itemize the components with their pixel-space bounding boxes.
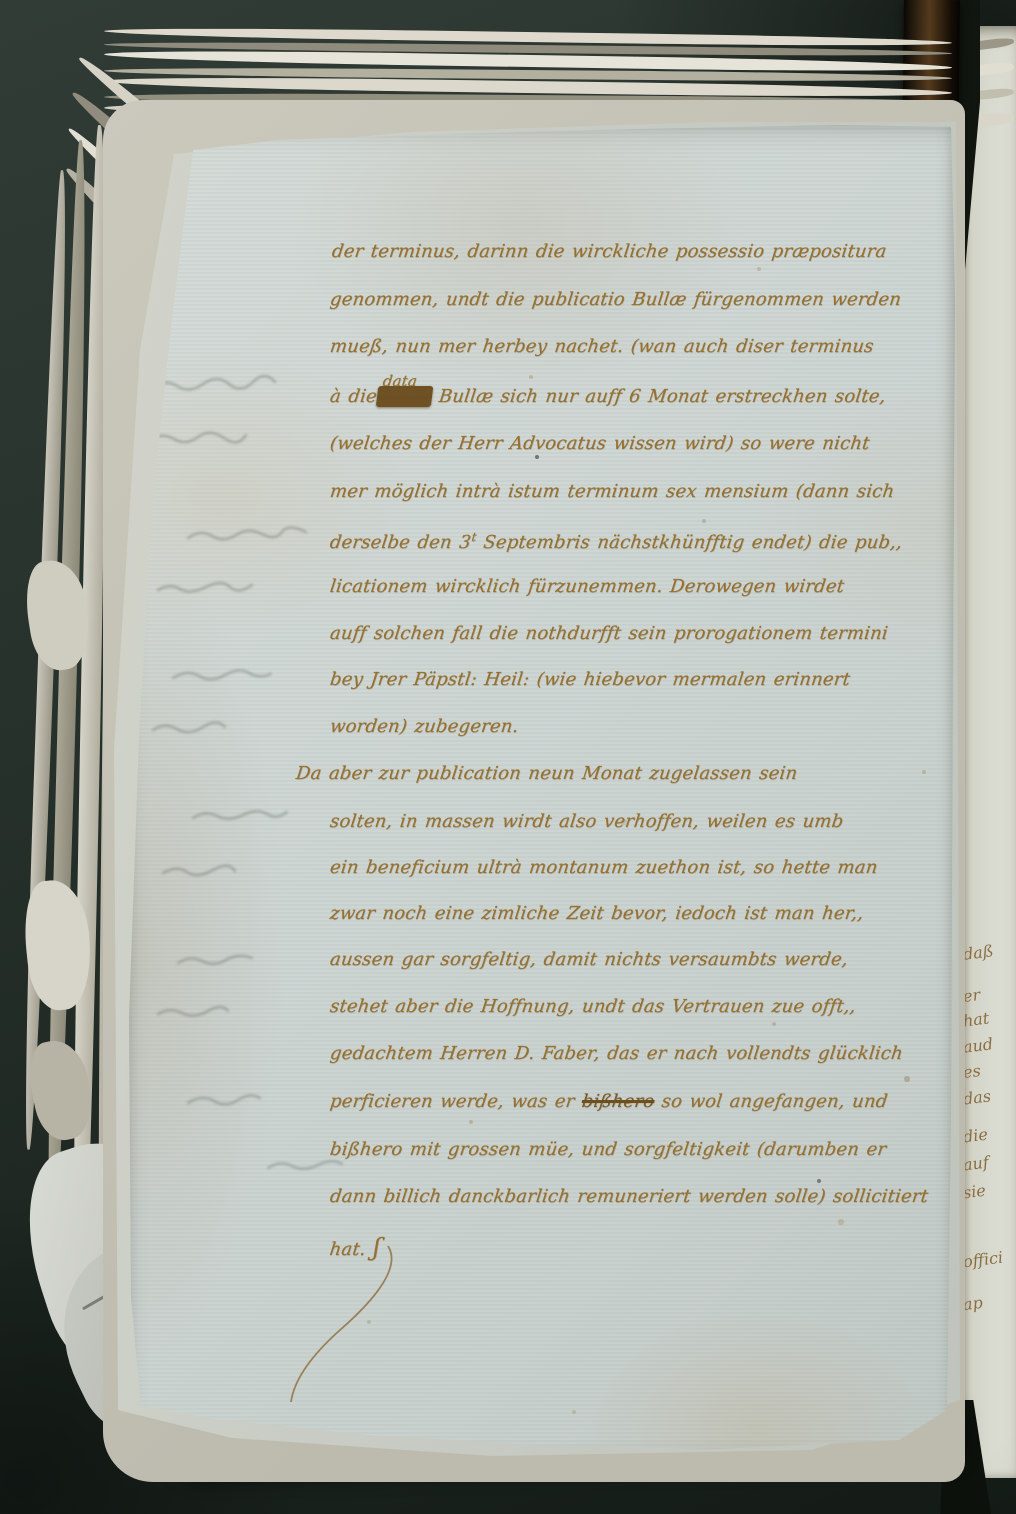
facing-page-text-fragment: auf bbox=[962, 1154, 990, 1173]
facing-page-text-fragment: hat bbox=[962, 1010, 990, 1029]
facing-page-text-fragment: das bbox=[962, 1088, 992, 1107]
manuscript-page bbox=[118, 118, 960, 1470]
facing-page-text-fragment: aud bbox=[962, 1036, 994, 1056]
facing-page-text-fragment: es bbox=[962, 1063, 982, 1081]
facing-page-text-fragment: offici bbox=[962, 1250, 1004, 1271]
manuscript-photo: daßerhataudesdasdieaufsieofficiap bbox=[0, 0, 1016, 1514]
facing-page-text-fragment: daß bbox=[962, 943, 994, 963]
facing-page-text-fragment: die bbox=[962, 1127, 989, 1146]
facing-page-text-fragment: ap bbox=[962, 1295, 984, 1313]
facing-page-text-fragment: sie bbox=[962, 1183, 987, 1202]
bleed-through-text bbox=[118, 118, 960, 1470]
